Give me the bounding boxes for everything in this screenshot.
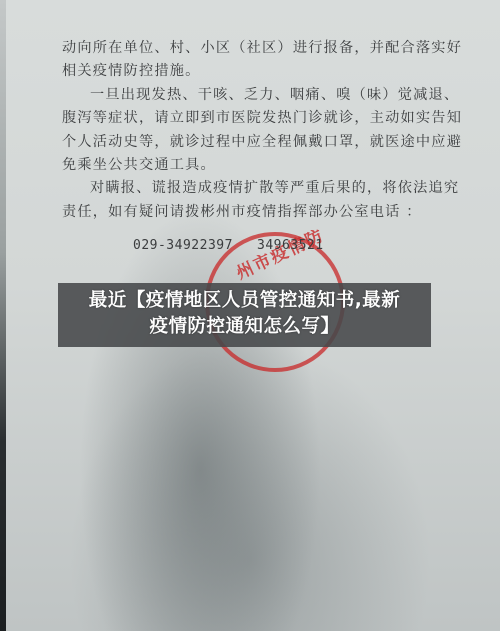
article-title: 最近【疫情地区人员管控通知书,最新 疫情防控通知怎么写】 [58, 288, 431, 340]
doc-line: 个人活动史等，就诊过程中应全程佩戴口罩，就医途中应避 [62, 131, 432, 154]
doc-line: 对瞒报、谎报造成疫情扩散等严重后果的，将依法追究 [62, 177, 432, 200]
doc-line: 一旦出现发热、干咳、乏力、咽痛、嗅（味）觉减退、 [62, 84, 432, 107]
title-line-1: 最近【疫情地区人员管控通知书,最新 [58, 288, 431, 314]
title-line-2: 疫情防控通知怎么写】 [58, 314, 431, 340]
document-body: 动向所在单位、村、小区（社区）进行报备，并配合落实好 相关疫情防控措施。 一旦出… [62, 37, 432, 224]
phone-number-1: 029-34922397 [133, 238, 233, 253]
doc-line: 免乘坐公共交通工具。 [62, 154, 432, 177]
doc-line: 责任，如有疑问请拨彬州市疫情指挥部办公室电话 ： [62, 201, 432, 224]
doc-line: 动向所在单位、村、小区（社区）进行报备，并配合落实好 [62, 37, 432, 60]
doc-line: 相关疫情防控措施。 [62, 60, 432, 83]
page-edge-shadow [0, 0, 6, 631]
doc-line: 腹泻等症状，请立即到市医院发热门诊就诊，主动如实告知 [62, 107, 432, 130]
phone-number-2: 34963521 [257, 238, 324, 253]
